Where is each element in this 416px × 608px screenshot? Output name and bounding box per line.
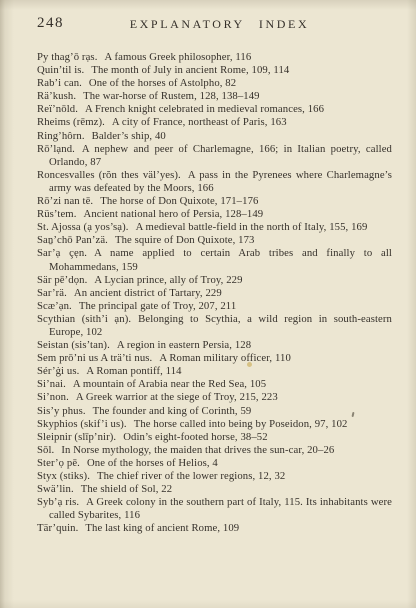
entry-term: Sleipnir (slīp’nir). [37,431,116,443]
entry-definition: A Lycian prince, ally of Troy, 229 [94,274,242,286]
entry-definition: A Greek warrior at the siege of Troy, 21… [76,391,278,403]
entry-definition: A name applied to certain Arab tribes an… [49,247,392,272]
entry-definition: A French knight celebrated in medieval r… [85,103,324,115]
index-entry: Scæ’ạn.The principal gate of Troy, 207, … [37,300,392,313]
index-entry: Styx (stiks).The chief river of the lowe… [37,470,392,483]
index-entry: Sér’ġi us.A Roman pontiff, 114 [37,365,392,378]
entry-definition: A city of France, northeast of Paris, 16… [112,116,287,128]
entry-definition: The principal gate of Troy, 207, 211 [79,300,236,312]
entry-definition: A Roman military officer, 110 [159,352,291,364]
entry-definition: In Norse mythology, the maiden that driv… [61,444,334,456]
entry-term: Swä’lin. [37,483,74,495]
index-entry: Sär pē’dọn.A Lycian prince, ally of Troy… [37,274,392,287]
scan-fleck [247,362,252,367]
entry-term: Rab’i can. [37,77,82,89]
index-entry: Swä’lin.The shield of Sol, 22 [37,483,392,496]
running-title: EXPLANATORY INDEX [37,17,392,32]
entry-term: Styx (stiks). [37,470,90,482]
entry-term: Roncesvalles (rŏn thes väl’yes). [37,169,181,181]
index-entry: Tär’quin.The last king of ancient Rome, … [37,522,392,535]
entry-definition: The horse called into being by Poseidon,… [134,418,348,430]
page-number: 248 [37,15,64,32]
entry-term: Sar’ạ çẹn. [37,247,87,259]
entry-definition: The shield of Sol, 22 [81,483,172,495]
entry-term: Sar’rä. [37,287,67,299]
entry-definition: Ancient national hero of Persia, 128–149 [84,208,264,220]
index-entry: Rab’i can.One of the horses of Astolpho,… [37,77,392,90]
entry-definition: The war-horse of Rustem, 128, 138–149 [83,90,260,102]
index-entry: Syb’ạ ris.A Greek colony in the southern… [37,496,392,522]
entry-term: Saṉ’chō Pan’zä. [37,234,108,246]
entry-definition: A mountain of Arabia near the Red Sea, 1… [73,378,266,390]
entry-term: Rüs’tem. [37,208,77,220]
index-entry: Sis’y phus.The founder and king of Corin… [37,405,392,418]
entry-term: Scythian (sith’i ạn). [37,313,131,325]
entry-definition: The chief river of the lower regions, 12… [97,470,285,482]
entry-definition: A medieval battle-field in the north of … [136,221,368,233]
entry-definition: Balder’s ship, 40 [92,130,166,142]
index-entry: Si’nai.A mountain of Arabia near the Red… [37,378,392,391]
index-entry: Sleipnir (slīp’nir).Odin’s eight-footed … [37,431,392,444]
entry-definition: A nephew and peer of Charlemagne, 166; i… [49,143,392,168]
entry-term: Ring’hôrn. [37,130,85,142]
entry-definition: Odin’s eight-footed horse, 38–52 [123,431,268,443]
entry-term: Si’nai. [37,378,66,390]
entry-term: Rō’lạnd. [37,143,75,155]
index-entry: Rüs’tem.Ancient national hero of Persia,… [37,208,392,221]
entry-term: Scæ’ạn. [37,300,72,312]
index-entry: Si’non.A Greek warrior at the siege of T… [37,391,392,404]
index-entry: Sar’rä.An ancient district of Tartary, 2… [37,287,392,300]
entry-term: Tär’quin. [37,522,78,534]
entry-definition: One of the horses of Astolpho, 82 [89,77,236,89]
index-entry: Reï’nōld.A French knight celebrated in m… [37,103,392,116]
index-entry: Rä’kush.The war-horse of Rustem, 128, 13… [37,90,392,103]
entry-term: Sis’y phus. [37,405,86,417]
entry-term: Reï’nōld. [37,103,78,115]
index-entry: Skyphios (skif’i us).The horse called in… [37,418,392,431]
entry-definition: The squire of Don Quixote, 173 [115,234,255,246]
entry-definition: An ancient district of Tartary, 229 [74,287,222,299]
entry-definition: A Roman pontiff, 114 [86,365,181,377]
index-entry: Sem prō’ni us A trä’ti nus.A Roman milit… [37,352,392,365]
index-entry: Rō’lạnd.A nephew and peer of Charlemagne… [37,143,392,169]
entry-term: Ster’ọ pē. [37,457,80,469]
entry-term: Skyphios (skif’i us). [37,418,127,430]
index-entry: Rheims (rēmz).A city of France, northeas… [37,116,392,129]
index-entries: Py thag’ō rạs.A famous Greek philosopher… [37,51,392,535]
entry-definition: A region in eastern Persia, 128 [117,339,251,351]
index-entry: Ster’ọ pē.One of the horses of Helios, 4 [37,457,392,470]
entry-definition: One of the horses of Helios, 4 [87,457,218,469]
entry-definition: The horse of Don Quixote, 171–176 [100,195,258,207]
index-entry: Saṉ’chō Pan’zä.The squire of Don Quixote… [37,234,392,247]
entry-term: St. Ajossa (ạ yos’sạ). [37,221,129,233]
entry-term: Sär pē’dọn. [37,274,87,286]
index-entry: Rō’zi nan tē.The horse of Don Quixote, 1… [37,195,392,208]
page-header: 248 EXPLANATORY INDEX [37,17,392,35]
index-entry: Py thag’ō rạs.A famous Greek philosopher… [37,51,392,64]
entry-definition: The founder and king of Corinth, 59 [93,405,252,417]
entry-term: Si’non. [37,391,69,403]
index-entry: Scythian (sith’i ạn).Belonging to Scythi… [37,313,392,339]
index-entry: Seistan (sis’tan).A region in eastern Pe… [37,339,392,352]
entry-definition: A Greek colony in the southern part of I… [49,496,392,521]
book-page: 248 EXPLANATORY INDEX Py thag’ō rạs.A fa… [0,0,416,608]
index-entry: St. Ajossa (ạ yos’sạ).A medieval battle-… [37,221,392,234]
index-entry: Quin’til is.The month of July in ancient… [37,64,392,77]
entry-term: Sōl. [37,444,54,456]
entry-term: Sér’ġi us. [37,365,79,377]
entry-definition: The month of July in ancient Rome, 109, … [91,64,289,76]
index-entry: Sōl.In Norse mythology, the maiden that … [37,444,392,457]
entry-definition: The last king of ancient Rome, 109 [85,522,239,534]
entry-term: Quin’til is. [37,64,84,76]
index-entry: Sar’ạ çẹn.A name applied to certain Arab… [37,247,392,273]
entry-term: Rheims (rēmz). [37,116,105,128]
index-entry: Ring’hôrn.Balder’s ship, 40 [37,130,392,143]
entry-term: Rä’kush. [37,90,76,102]
entry-term: Syb’ạ ris. [37,496,79,508]
entry-term: Rō’zi nan tē. [37,195,93,207]
index-entry: Roncesvalles (rŏn thes väl’yes).A pass i… [37,169,392,195]
entry-term: Py thag’ō rạs. [37,51,97,63]
entry-definition: A famous Greek philosopher, 116 [104,51,251,63]
entry-term: Sem prō’ni us A trä’ti nus. [37,352,152,364]
entry-term: Seistan (sis’tan). [37,339,110,351]
